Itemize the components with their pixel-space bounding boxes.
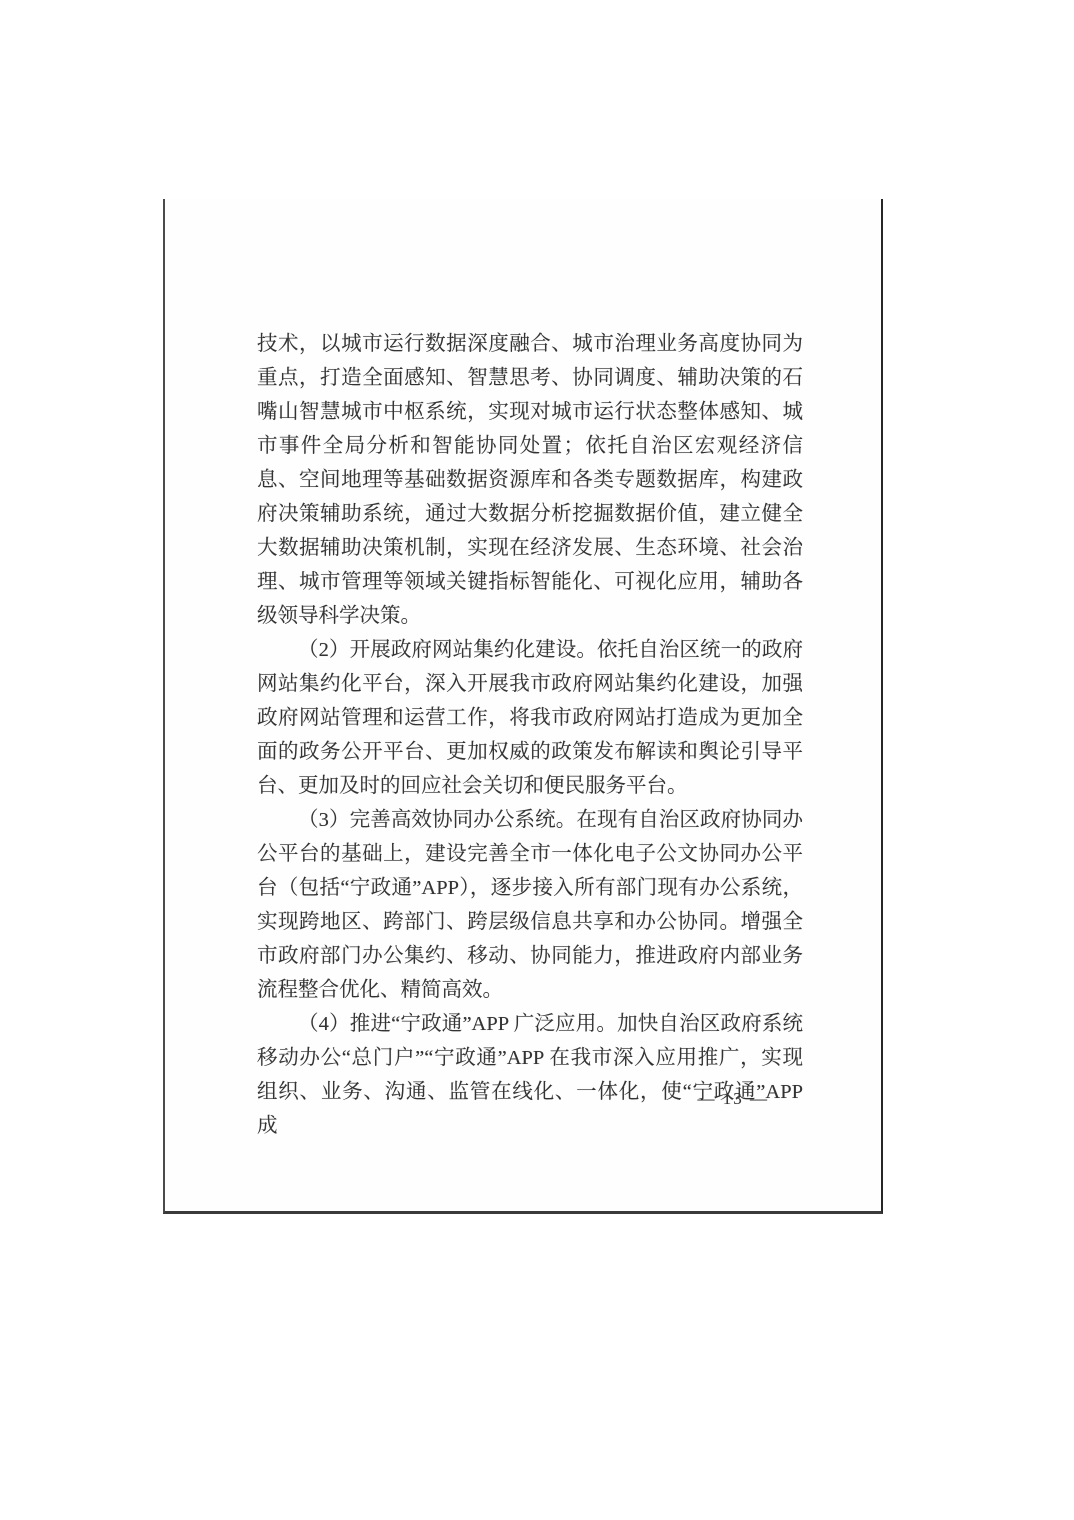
page-number: — 13 — xyxy=(698,1089,770,1109)
paragraph-continuation: 技术，以城市运行数据深度融合、城市治理业务高度协同为重点，打造全面感知、智慧思考… xyxy=(257,327,803,633)
paragraph-item-2: （2）开展政府网站集约化建设。依托自治区统一的政府网站集约化平台，深入开展我市政… xyxy=(257,633,803,803)
paragraph-item-3: （3）完善高效协同办公系统。在现有自治区政府协同办公平台的基础上，建设完善全市一… xyxy=(257,803,803,1007)
scan-background: 技术，以城市运行数据深度融合、城市治理业务高度协同为重点，打造全面感知、智慧思考… xyxy=(0,0,1074,1520)
body-text: 技术，以城市运行数据深度融合、城市治理业务高度协同为重点，打造全面感知、智慧思考… xyxy=(257,327,803,1143)
paragraph-item-4: （4）推进“宁政通”APP 广泛应用。加快自治区政府系统移动办公“总门户”“宁政… xyxy=(257,1007,803,1143)
document-page: 技术，以城市运行数据深度融合、城市治理业务高度协同为重点，打造全面感知、智慧思考… xyxy=(163,199,883,1214)
